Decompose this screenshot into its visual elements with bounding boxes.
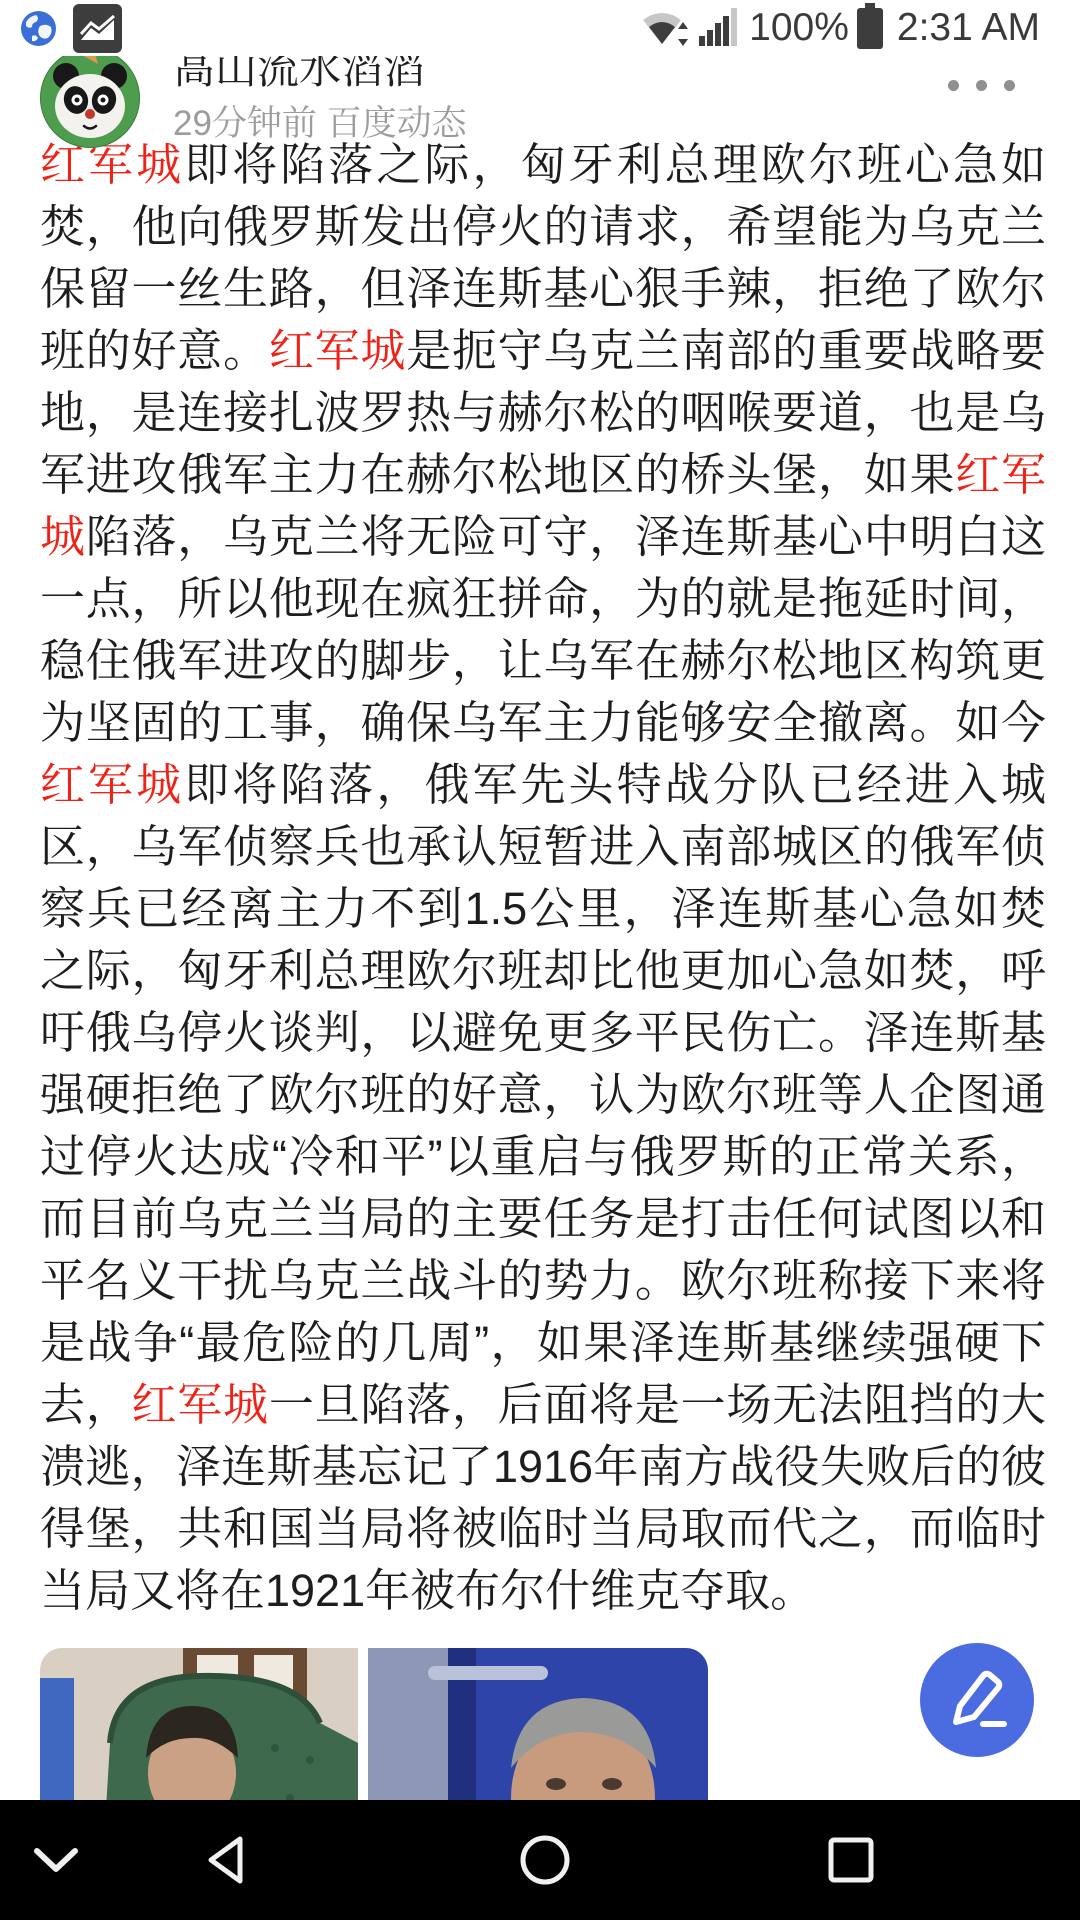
recent-apps-square-icon bbox=[827, 1836, 875, 1884]
battery-percent: 100% bbox=[749, 6, 849, 50]
back-button[interactable] bbox=[170, 1800, 280, 1920]
highlight-keyword[interactable]: 红军城 bbox=[269, 325, 406, 376]
android-nav-bar bbox=[0, 1800, 1080, 1920]
status-bar: 100% 2:31 AM bbox=[0, 0, 1080, 56]
post-text: 红军城即将陷落之际，匈牙利总理欧尔班心急如焚，他向俄罗斯发出停火的请求，希望能为… bbox=[40, 134, 1046, 1622]
globe-browser-icon bbox=[20, 10, 57, 52]
chart-app-notification-icon bbox=[73, 4, 122, 58]
back-triangle-icon bbox=[205, 1835, 245, 1885]
battery-icon bbox=[857, 3, 883, 54]
pen-edit-icon bbox=[920, 1643, 1034, 1757]
avatar[interactable] bbox=[40, 48, 140, 148]
hide-nav-chevron-button[interactable] bbox=[14, 1800, 98, 1920]
home-button[interactable] bbox=[490, 1800, 600, 1920]
post-time-ago: 29分钟前 bbox=[173, 104, 317, 143]
status-bar-notifications bbox=[20, 4, 122, 58]
post-meta: 29分钟前 百度动态 bbox=[173, 96, 467, 146]
post-source: 百度动态 bbox=[327, 104, 467, 143]
zelensky-photo[interactable] bbox=[40, 1648, 358, 1800]
panda-avatar bbox=[40, 48, 140, 148]
status-bar-indicators: 100% 2:31 AM bbox=[641, 0, 1040, 56]
clock-time: 2:31 AM bbox=[897, 6, 1040, 50]
highlight-keyword[interactable]: 红军城 bbox=[40, 759, 184, 810]
wifi-icon bbox=[641, 4, 691, 53]
highlight-keyword[interactable]: 红军城 bbox=[132, 1379, 269, 1430]
compose-fab-button[interactable] bbox=[920, 1643, 1034, 1757]
home-circle-icon bbox=[519, 1834, 571, 1886]
orban-photo[interactable] bbox=[368, 1648, 708, 1800]
more-options-icon[interactable] bbox=[948, 80, 1015, 91]
recent-apps-button[interactable] bbox=[796, 1800, 906, 1920]
cell-signal-icon bbox=[699, 4, 741, 53]
chevron-down-icon bbox=[33, 1845, 79, 1875]
